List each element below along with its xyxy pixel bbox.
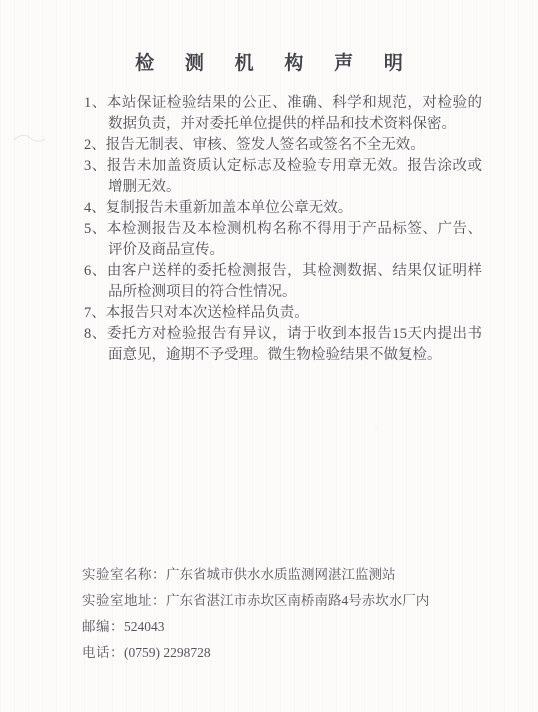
lab-address-label: 实验室地址：	[82, 593, 166, 608]
lab-name-row: 实验室名称：广东省城市供水水质监测网湛江监测站	[82, 562, 502, 588]
scanned-document-page: 检 测 机 构 声 明 1、本站保证检验结果的公正、准确、科学和规范，对检验的数…	[0, 0, 538, 712]
statement-item-7: 7、本报告只对本次送检样品负责。	[84, 303, 482, 324]
statement-text: 委托方对检验报告有异议，请于收到本报告15天内提出书面意见，逾期不予受理。微生物…	[107, 326, 482, 363]
laboratory-info: 实验室名称：广东省城市供水水质监测网湛江监测站 实验室地址：广东省湛江市赤坎区南…	[82, 562, 502, 666]
statement-number: 5、	[84, 221, 107, 237]
lab-address-value: 广东省湛江市赤坎区南桥南路4号赤坎水厂内	[166, 593, 429, 608]
postal-code-row: 邮编：524043	[82, 614, 502, 640]
phone-row: 电话：(0759) 2298728	[82, 640, 502, 666]
phone-value: (0759) 2298728	[124, 645, 211, 660]
statement-number: 1、	[84, 95, 107, 111]
statement-text: 本报告只对本次送检样品负责。	[106, 305, 309, 321]
statement-number: 2、	[84, 137, 106, 153]
statement-item-4: 4、复制报告未重新加盖本单位公章无效。	[84, 198, 482, 219]
statement-text: 报告无制表、审核、签发人签名或签名不全无效。	[106, 137, 425, 153]
statement-number: 8、	[84, 326, 107, 342]
statement-item-5: 5、本检测报告及本检测机构名称不得用于产品标签、广告、评价及商品宣传。	[84, 219, 482, 261]
statement-item-3: 3、报告未加盖资质认定标志及检验专用章无效。报告涂改或增删无效。	[84, 156, 482, 198]
lab-name-value: 广东省城市供水水质监测网湛江监测站	[166, 567, 396, 582]
lab-address-row: 实验室地址：广东省湛江市赤坎区南桥南路4号赤坎水厂内	[82, 588, 502, 614]
statement-number: 4、	[84, 200, 106, 216]
phone-label: 电话：	[82, 645, 124, 660]
statement-number: 6、	[84, 263, 107, 279]
statement-text: 本站保证检验结果的公正、准确、科学和规范，对检验的数据负责，并对委托单位提供的样…	[107, 95, 482, 132]
statement-item-6: 6、由客户送样的委托检测报告，其检测数据、结果仅证明样品所检测项目的符合性情况。	[84, 261, 482, 303]
postal-code-value: 524043	[124, 619, 165, 634]
postal-code-label: 邮编：	[82, 619, 124, 634]
statement-number: 3、	[84, 158, 107, 174]
lab-name-label: 实验室名称：	[82, 567, 166, 582]
statement-list: 1、本站保证检验结果的公正、准确、科学和规范，对检验的数据负责，并对委托单位提供…	[84, 93, 482, 366]
statement-text: 本检测报告及本检测机构名称不得用于产品标签、广告、评价及商品宣传。	[107, 221, 482, 258]
statement-item-8: 8、委托方对检验报告有异议，请于收到本报告15天内提出书面意见，逾期不予受理。微…	[84, 324, 482, 366]
page-title: 检 测 机 构 声 明	[0, 48, 538, 75]
statement-item-1: 1、本站保证检验结果的公正、准确、科学和规范，对检验的数据负责，并对委托单位提供…	[84, 93, 482, 135]
statement-item-2: 2、报告无制表、审核、签发人签名或签名不全无效。	[84, 135, 482, 156]
statement-text: 复制报告未重新加盖本单位公章无效。	[106, 200, 353, 216]
statement-number: 7、	[84, 305, 106, 321]
statement-text: 报告未加盖资质认定标志及检验专用章无效。报告涂改或增删无效。	[107, 158, 482, 195]
scan-artifact-mark	[12, 130, 46, 146]
statement-text: 由客户送样的委托检测报告，其检测数据、结果仅证明样品所检测项目的符合性情况。	[107, 263, 482, 300]
